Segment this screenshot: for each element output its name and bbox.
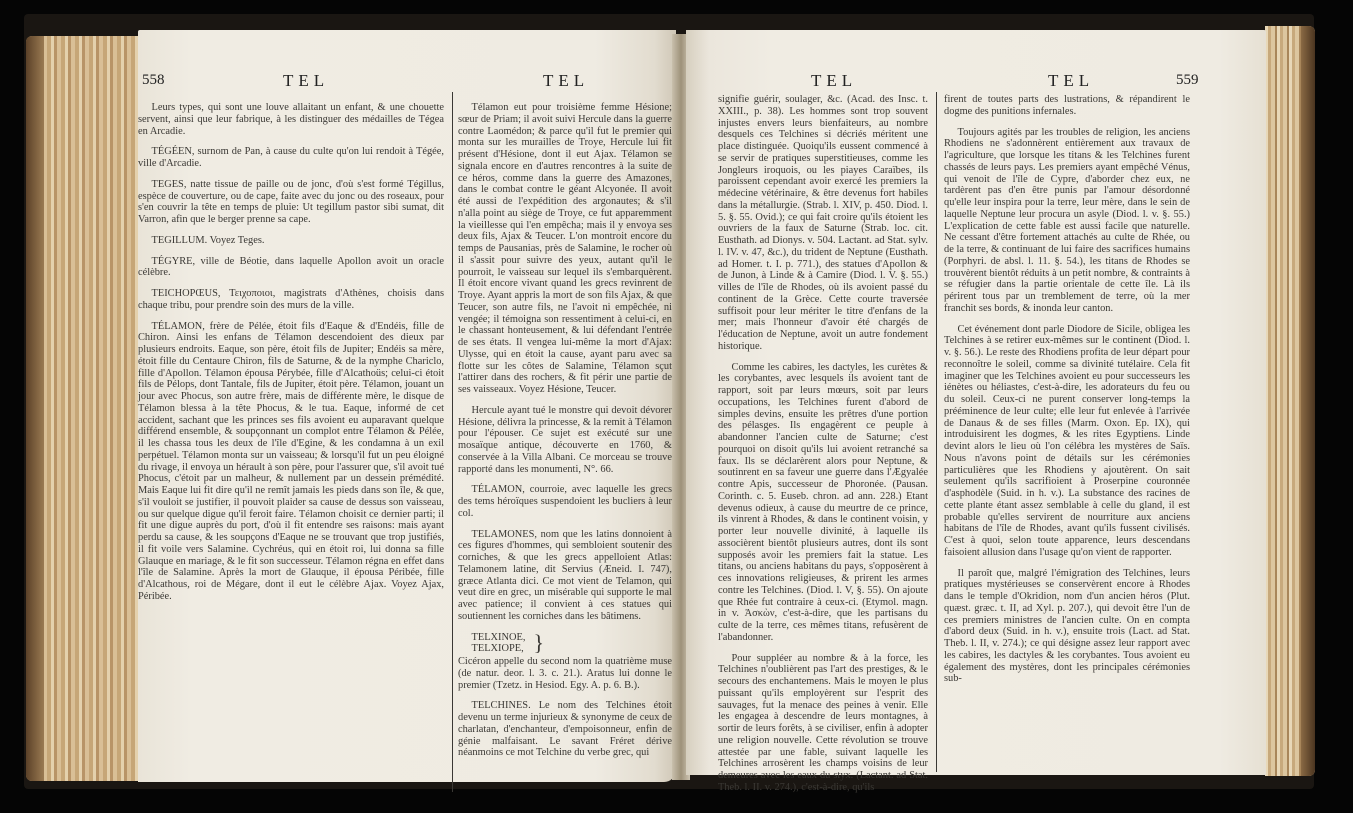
paragraph: Cicéron appelle du second nom la quatriè… xyxy=(458,656,672,691)
paragraph: Pour suppléer au nombre & à la force, le… xyxy=(718,653,928,794)
running-head: TEL xyxy=(283,71,329,91)
column-right-2: firent de toutes parts des lustrations, … xyxy=(944,94,1190,694)
page-number: 558 xyxy=(142,72,165,89)
running-head: TEL xyxy=(1048,71,1094,91)
paragraph: Hercule ayant tué le monstre qui devoit … xyxy=(458,405,672,476)
entry-telchines: TELCHINES. Le nom des Telchines étoit de… xyxy=(458,700,672,759)
column-right-1: signifie guérir, soulager, &c. (Acad. de… xyxy=(718,94,928,803)
right-page: TEL TEL 559 signifie guérir, soulager, &… xyxy=(686,30,1266,775)
brace-names: TELXINOE, TELXIOPE, xyxy=(458,632,525,656)
entry-tegillum: TEGILLUM. Voyez Teges. xyxy=(138,235,444,247)
paragraph: Cet événement dont parle Diodore de Sici… xyxy=(944,324,1190,559)
entry-tegeen: TÉGÉEN, surnom de Pan, à cause du culte … xyxy=(138,146,444,170)
brace-glyph: } xyxy=(533,637,544,649)
paragraph: Leurs types, qui sont une louve allaitan… xyxy=(138,102,444,137)
paragraph: Télamon eut pour troisième femme Hésione… xyxy=(458,102,672,396)
entry-telamon: TÉLAMON, frère de Pélée, étoit fils d'Ea… xyxy=(138,321,444,603)
running-head: TEL xyxy=(543,71,589,91)
column-rule xyxy=(936,92,937,772)
paragraph: signifie guérir, soulager, &c. (Acad. de… xyxy=(718,94,928,353)
entry-telxinoe-telxiope: TELXINOE, TELXIOPE, } xyxy=(458,632,672,656)
page-edges-left xyxy=(26,36,138,781)
column-left-2: Télamon eut pour troisième femme Hésione… xyxy=(458,102,672,768)
paragraph: Toujours agités par les troubles de reli… xyxy=(944,127,1190,315)
running-head: TEL xyxy=(811,71,857,91)
column-rule xyxy=(452,92,453,792)
page-number: 559 xyxy=(1176,72,1199,89)
entry-teges: TEGES, natte tissue de paille ou de jonc… xyxy=(138,179,444,226)
paragraph: firent de toutes parts des lustrations, … xyxy=(944,94,1190,118)
entry-telamones: TELAMONES, nom que les latins donnoient … xyxy=(458,529,672,623)
left-page: 558 TEL TEL Leurs types, qui sont une lo… xyxy=(138,30,676,782)
paragraph: Il paroît que, malgré l'émigration des T… xyxy=(944,568,1190,686)
page-edges-right xyxy=(1265,26,1315,776)
column-left-1: Leurs types, qui sont une louve allaitan… xyxy=(138,102,444,612)
entry-teichopoeus: TEICHOPŒUS, Τειχοποιοι, magistrats d'Ath… xyxy=(138,288,444,312)
entry-tegyre: TÉGYRE, ville de Béotie, dans laquelle A… xyxy=(138,256,444,280)
entry-telamon-courroie: TÉLAMON, courroie, avec laquelle les gre… xyxy=(458,484,672,519)
paragraph: Comme les cabires, les dactyles, les cur… xyxy=(718,362,928,644)
